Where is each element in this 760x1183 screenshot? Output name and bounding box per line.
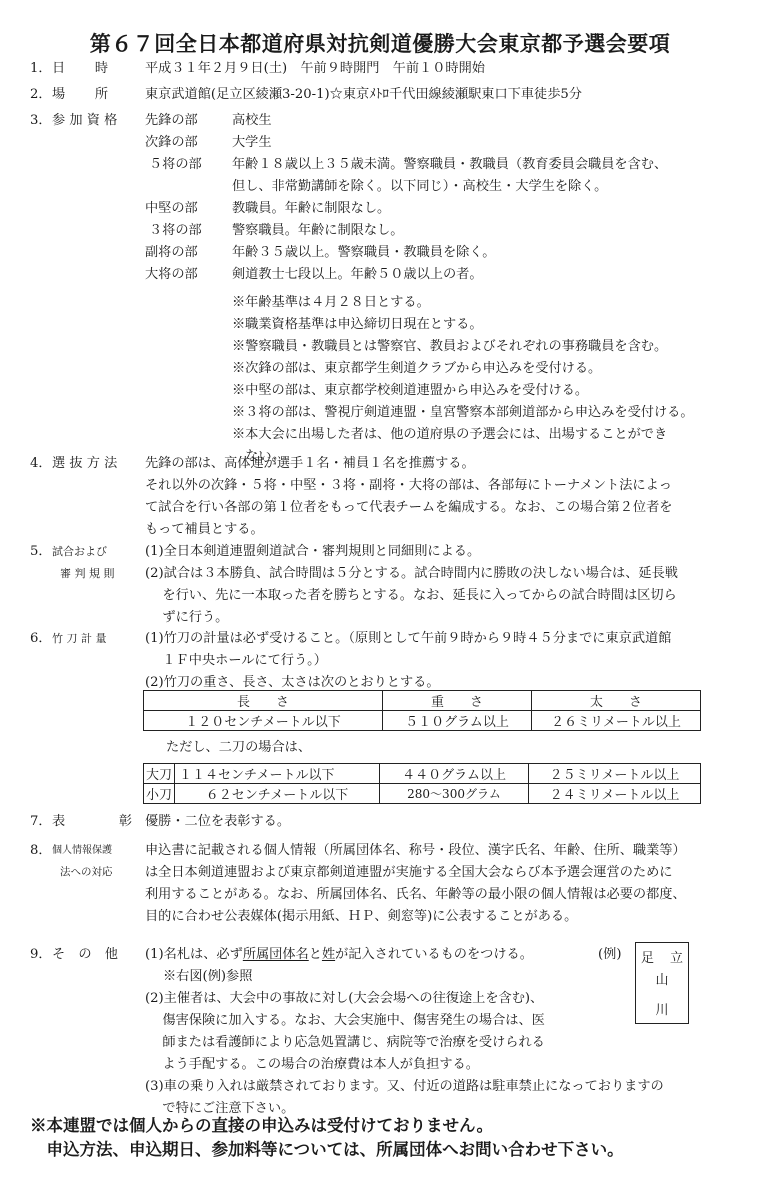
underlined-text: 姓	[322, 947, 335, 962]
insurance-line: (2)主催者は、大会中の事故に対し(大会会場への往復途上を含む)、	[145, 988, 543, 1009]
nametag-rule: (1)名札は、必ず所属団体名と姓が記入されているものをつける。	[145, 944, 533, 965]
example-char: 足	[641, 947, 654, 966]
section-label-cont: 審 判 規 則	[60, 563, 115, 584]
header-weight: 重 さ	[383, 691, 532, 711]
text: が記入されているものをつける。	[335, 947, 533, 962]
cell-weight: ４４０グラム以上	[380, 764, 529, 784]
division-text: 警察職員。年齢に制限なし。	[232, 220, 403, 241]
label-part: 彰	[119, 811, 132, 832]
section-number: 7．	[30, 811, 52, 832]
division-name: 先鋒の部	[145, 110, 198, 131]
label-part: 所	[95, 84, 108, 105]
venue-text: 東京武道館(足立区綾瀬3-20-1)☆東京ﾒﾄﾛ千代田線綾瀬駅東口下車徒歩5分	[145, 84, 582, 105]
cell-thickness: ２６ミリメートル以上	[532, 711, 701, 731]
division-name: ３将の部	[149, 220, 202, 241]
section-number: 5．	[30, 541, 52, 562]
division-text: 大学生	[232, 132, 272, 153]
label-part: 表	[52, 811, 65, 832]
shinai-spec-table: 長 さ 重 さ 太 さ １２０センチメートル以下 ５１０グラム以上 ２６ミリメー…	[143, 690, 701, 731]
division-text: 年齢３５歳以上。警察職員・教職員を除く。	[232, 242, 495, 263]
awards-text: 優勝・二位を表彰する。	[145, 811, 290, 832]
cell-length: ６２センチメートル以下	[175, 784, 380, 804]
table-header-row: 長 さ 重 さ 太 さ	[144, 691, 701, 711]
text: (1)名札は、必ず	[145, 947, 243, 962]
parking-line: (3)車の乗り入れは厳禁されております。又、付近の道路は駐車禁止になっております…	[145, 1076, 664, 1097]
cell-sword-type: 小刀	[144, 784, 175, 804]
note: ※次鋒の部は、東京都学生剣道クラブから申込みを受付ける。	[232, 358, 601, 379]
section-label-cont: 法への対応	[60, 862, 113, 883]
insurance-line: よう手配する。この場合の治療費は本人が負担する。	[145, 1054, 479, 1075]
table-row: １２０センチメートル以下 ５１０グラム以上 ２６ミリメートル以上	[144, 711, 701, 731]
example-char: 川	[636, 999, 688, 1018]
selection-line: もって補員とする。	[145, 519, 264, 540]
nametag-example: 足 立 山 川	[635, 942, 689, 1024]
section-label: 個人情報保護	[52, 840, 112, 861]
section-number: 6．	[30, 628, 52, 649]
weighing-line: (1)竹刀の計量は必ず受けること。（原則として午前９時から９時４５分までに東京武…	[145, 628, 671, 649]
note: ※３将の部は、警視庁剣道連盟・皇宮警察本部剣道部から申込みを受付ける。	[232, 402, 694, 423]
page-title: 第６７回全日本都道府県対抗剣道優勝大会東京都予選会要項	[0, 28, 760, 58]
selection-line: 先鋒の部は、高体連が選手１名・補員１名を推薦する。	[145, 453, 475, 474]
note: ※職業資格基準は申込締切日現在とする。	[232, 314, 483, 335]
selection-line: それ以外の次鋒・５将・中堅・３将・副将・大将の部は、各部毎にトーナメント法によっ	[145, 475, 672, 496]
section-label: そ の 他	[52, 944, 118, 965]
cell-weight: ５１０グラム以上	[383, 711, 532, 731]
footer-note: 申込方法、申込期日、参加料等については、所属団体へお問い合わせ下さい。	[30, 1138, 624, 1162]
section-number: 3．	[30, 110, 52, 131]
note: ※警察職員・教職員とは警察官、教員およびそれぞれの事務職員を含む。	[232, 336, 667, 357]
label-part: 場	[52, 84, 65, 105]
note: ※年齢基準は４月２８日とする。	[232, 292, 430, 313]
division-name: 大将の部	[145, 264, 198, 285]
division-text: 教職員。年齢に制限なし。	[232, 198, 390, 219]
example-label: (例)	[598, 944, 621, 965]
cell-length: １２０センチメートル以下	[144, 711, 383, 731]
cell-thickness: ２４ミリメートル以上	[529, 784, 701, 804]
selection-line: て試合を行い各部の第１位者をもって代表チームを編成する。なお、この場合第２位者を	[145, 497, 673, 518]
insurance-line: 傷害保険に加入する。なお、大会実施中、傷害発生の場合は、医	[145, 1010, 545, 1031]
privacy-line: 利用することがある。なお、所属団体名、氏名、年齢等の最小限の個人情報は必要の都度…	[145, 884, 686, 905]
cell-length: １１４センチメートル以下	[175, 764, 380, 784]
division-name: 次鋒の部	[145, 132, 198, 153]
division-name: ５将の部	[149, 154, 202, 175]
cell-thickness: ２５ミリメートル以上	[529, 764, 701, 784]
section-number: 9．	[30, 944, 52, 965]
note: ※本大会に出場した者は、他の道府県の予選会には、出場することができ	[232, 424, 667, 445]
section-label: 場 所	[52, 84, 108, 105]
date-text: 平成３１年２月９日(土) 午前９時開門 午前１０時開始	[145, 58, 485, 79]
header-length: 長 さ	[144, 691, 383, 711]
division-name: 中堅の部	[145, 198, 198, 219]
section-label: 選 抜 方 法	[52, 453, 117, 474]
privacy-line: は全日本剣道連盟および東京都剣道連盟が実施する全国大会ならび本予選会運営のために	[145, 862, 673, 883]
nitou-note: ただし、二刀の場合は、	[166, 737, 311, 758]
rules-line: (1)全日本剣道連盟剣道試合・審判規則と同細則による。	[145, 541, 480, 562]
underlined-text: 所属団体名	[243, 947, 309, 962]
text: と	[309, 947, 322, 962]
header-thickness: 太 さ	[532, 691, 701, 711]
section-label: 試合および	[52, 541, 107, 562]
rules-line: (2)試合は３本勝負、試合時間は５分とする。試合時間内に勝敗の決しない場合は、延…	[145, 563, 678, 584]
label-part: 時	[95, 58, 108, 79]
section-number: 4．	[30, 453, 52, 474]
note: ※中堅の部は、東京都学校剣道連盟から申込みを受付ける。	[232, 380, 588, 401]
example-char: 立	[670, 947, 683, 966]
section-label: 表 彰	[52, 811, 132, 832]
weighing-line: １Ｆ中央ホールにて行う。）	[145, 650, 327, 671]
section-label: 参 加 資 格	[52, 110, 117, 131]
division-text: 高校生	[232, 110, 272, 131]
privacy-line: 申込書に記載される個人情報（所属団体名、称号・段位、漢字氏名、年齢、住所、職業等…	[145, 840, 686, 861]
division-text: 剣道教士七段以上。年齢５０歳以上の者。	[232, 264, 483, 285]
insurance-line: 師または看護師により応急処置講じ、病院等で治療を受けられる	[145, 1032, 545, 1053]
division-text: 年齢１８歳以上３５歳未満。警察職員・教職員（教育委員会職員を含む、	[232, 154, 667, 175]
division-name: 副将の部	[145, 242, 198, 263]
rules-line: ずに行う。	[145, 607, 228, 628]
footer-note: ※本連盟では個人からの直接の申込みは受付けておりません。	[30, 1114, 493, 1138]
rules-line: を行い、先に一本取った者を勝ちとする。なお、延長に入ってからの試合時間は区切ら	[145, 585, 677, 606]
privacy-line: 目的に合わせ公表媒体(掲示用紙、ＨＰ、剣窓等)に公表することがある。	[145, 906, 577, 927]
nitou-spec-table: 大刀 １１４センチメートル以下 ４４０グラム以上 ２５ミリメートル以上 小刀 ６…	[143, 763, 701, 804]
table-row: 大刀 １１４センチメートル以下 ４４０グラム以上 ２５ミリメートル以上	[144, 764, 701, 784]
cell-weight: 280～300グラム	[380, 784, 529, 804]
table-row: 小刀 ６２センチメートル以下 280～300グラム ２４ミリメートル以上	[144, 784, 701, 804]
section-label: 日 時	[52, 58, 108, 79]
section-number: 2．	[30, 84, 52, 105]
division-text-cont: 但し、非常勤講師を除く。以下同じ）・高校生・大学生を除く。	[232, 176, 607, 197]
section-number: 1．	[30, 58, 52, 79]
cell-sword-type: 大刀	[144, 764, 175, 784]
nametag-ref: ※右図(例)参照	[163, 966, 252, 987]
example-char: 山	[636, 969, 688, 988]
section-number: 8．	[30, 840, 52, 861]
section-label: 竹 刀 計 量	[52, 628, 107, 649]
label-part: 日	[52, 58, 65, 79]
